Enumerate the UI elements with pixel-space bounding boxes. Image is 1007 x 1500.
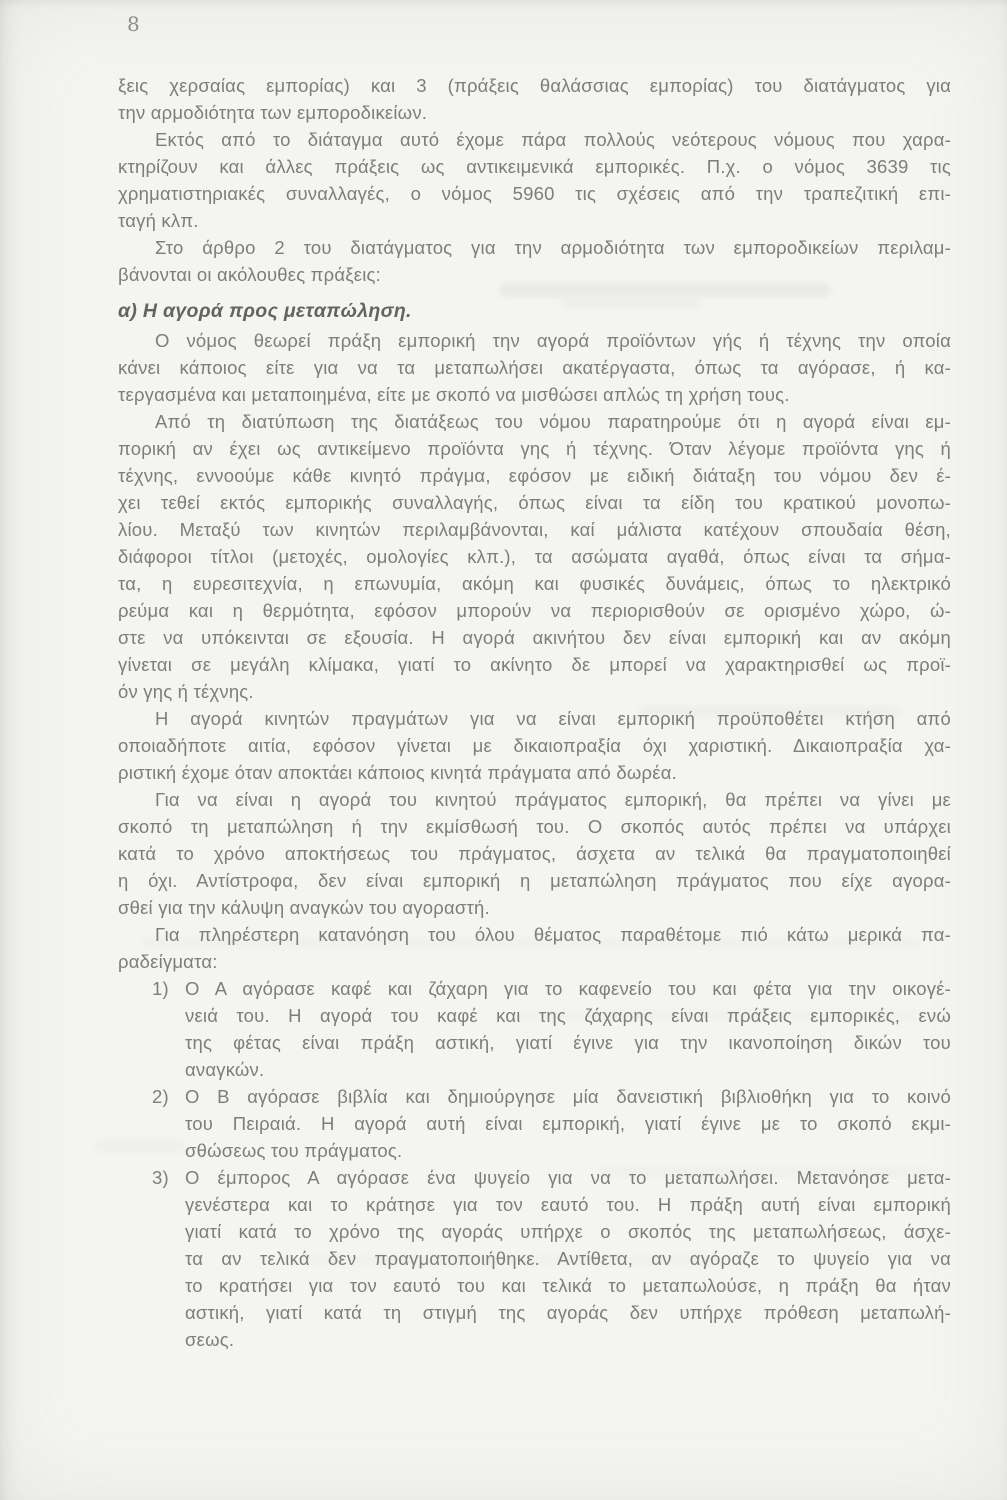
section-heading: α) Η αγορά προς μεταπώληση. [118, 298, 951, 325]
text-line: Στο άρθρο 2 του διατάγματος για την αρμο… [118, 234, 951, 261]
text-line: τα αν τελικά δεν πραγματοποιήθηκε. Αντίθ… [185, 1245, 951, 1272]
text-line: ριστική έχομε όταν αποκτάει κάποιος κινη… [118, 759, 951, 786]
text-line: κάνει κάποιος είτε για να τα μεταπωλήσει… [118, 354, 951, 381]
text-line: την αρμοδιότητα των εμποροδικείων. [118, 99, 951, 126]
text-line: τα, η ευρεσιτεχνία, η επωνυμία, ακόμη κα… [118, 570, 951, 597]
text-line: Για πληρέστερη κατανόηση του όλου θέματο… [118, 921, 951, 948]
text-line: οποιαδήποτε αιτία, εφόσον γίνεται με δικ… [118, 732, 951, 759]
list-item: 3)Ο έμπορος Α αγόρασε ένα ψυγείο για να … [118, 1164, 951, 1353]
text-line: ξεις χερσαίας εμπορίας) και 3 (πράξεις θ… [118, 72, 951, 99]
list-item-text: Ο Α αγόρασε καφέ και ζάχαρη για το καφεν… [185, 975, 951, 1083]
list-item-marker: 3) [152, 1164, 185, 1191]
paragraph: Για να είναι η αγορά του κινητού πράγματ… [118, 786, 951, 921]
text-line: γενέστερα και το κράτησε για τον εαυτό τ… [185, 1191, 951, 1218]
text-line: αναγκών. [185, 1056, 951, 1083]
text-line: Ο έμπορος Α αγόρασε ένα ψυγείο για να το… [185, 1164, 951, 1191]
text-line: στε να υπόκεινται σε εξουσία. Η αγορά ακ… [118, 624, 951, 651]
scanned-document-page: 8 ξεις χερσαίας εμπορίας) και 3 (πράξεις… [0, 0, 1007, 1500]
text-line: ρεύμα και η θερμότητα, εφόσον μπορούν να… [118, 597, 951, 624]
paragraph: ξεις χερσαίας εμπορίας) και 3 (πράξεις θ… [118, 72, 951, 126]
text-line: σεως. [185, 1326, 951, 1353]
text-line: σκοπό τη μεταπώληση ή την εκμίσθωσή του.… [118, 813, 951, 840]
text-line: σθώσεως του πράγματος. [185, 1137, 951, 1164]
text-line: Εκτός από το διάταγμα αυτό έχομε πάρα πο… [118, 126, 951, 153]
text-line: Ο νόμος θεωρεί πράξη εμπορική την αγορά … [118, 327, 951, 354]
text-line: τέχνης, εννοούμε κάθε κινητό πράγμα, εφό… [118, 462, 951, 489]
text-line: λίου. Μεταξύ των κινητών περιλαμβάνονται… [118, 516, 951, 543]
page-number: 8 [127, 12, 140, 36]
text-line: βάνονται οι ακόλουθες πράξεις: [118, 261, 951, 288]
text-line: ταγή κλπ. [118, 207, 951, 234]
text-line: η όχι. Αντίστροφα, δεν είναι εμπορική η … [118, 867, 951, 894]
text-line: κτηρίζουν και άλλες πράξεις ως αντικειμε… [118, 153, 951, 180]
text-line: τεργασμένα και μεταποιημένα, είτε με σκο… [118, 381, 951, 408]
text-line: χει τεθεί εκτός εμπορικής συναλλαγής, όπ… [118, 489, 951, 516]
text-line: διάφοροι τίτλοι (μετοχές, ομολογίες κλπ.… [118, 543, 951, 570]
text-line: Ο Β αγόρασε βιβλία και δημιούργησε μία δ… [185, 1083, 951, 1110]
text-line: ραδείγματα: [118, 948, 951, 975]
text-column: ξεις χερσαίας εμπορίας) και 3 (πράξεις θ… [118, 72, 951, 1353]
text-line: κατά το χρόνο αποκτήσεως του πράγματος, … [118, 840, 951, 867]
paragraph: Η αγορά κινητών πραγμάτων για να είναι ε… [118, 705, 951, 786]
list-item-text: Ο έμπορος Α αγόρασε ένα ψυγείο για να το… [185, 1164, 951, 1353]
list-item-marker: 2) [152, 1083, 185, 1110]
text-line: πορική αν έχει ως αντικείμενο προϊόντα γ… [118, 435, 951, 462]
paragraph: Ο νόμος θεωρεί πράξη εμπορική την αγορά … [118, 327, 951, 408]
text-line: Ο Α αγόρασε καφέ και ζάχαρη για το καφεν… [185, 975, 951, 1002]
text-line: Για να είναι η αγορά του κινητού πράγματ… [118, 786, 951, 813]
text-line: το κρατήσει για τον εαυτό του και τελικά… [185, 1272, 951, 1299]
text-line: αστική, γιατί κατά τη στιγμή της αγοράς … [185, 1299, 951, 1326]
text-line: Η αγορά κινητών πραγμάτων για να είναι ε… [118, 705, 951, 732]
text-line: σθεί για την κάλυψη αναγκών του αγοραστή… [118, 894, 951, 921]
list-item-marker: 1) [152, 975, 185, 1002]
paragraph: Από τη διατύπωση της διατάξεως του νόμου… [118, 408, 951, 705]
text-line: γίνεται σε μεγάλη κλίμακα, γιατί το ακίν… [118, 651, 951, 678]
list-item: 1)Ο Α αγόρασε καφέ και ζάχαρη για το καφ… [118, 975, 951, 1083]
text-line: Από τη διατύπωση της διατάξεως του νόμου… [118, 408, 951, 435]
list-item: 2)Ο Β αγόρασε βιβλία και δημιούργησε μία… [118, 1083, 951, 1164]
text-line: νειά του. Η αγορά του καφέ και της ζάχαρ… [185, 1002, 951, 1029]
text-line: του Πειραιά. Η αγορά αυτή είναι εμπορική… [185, 1110, 951, 1137]
text-line: χρηματιστηριακές συναλλαγές, ο νόμος 596… [118, 180, 951, 207]
text-line: όν γης ή τέχνης. [118, 678, 951, 705]
text-line: της φέτας είναι πράξη αστική, γιατί έγιν… [185, 1029, 951, 1056]
list-item-text: Ο Β αγόρασε βιβλία και δημιούργησε μία δ… [185, 1083, 951, 1164]
paragraph: Για πληρέστερη κατανόηση του όλου θέματο… [118, 921, 951, 975]
paragraph: Στο άρθρο 2 του διατάγματος για την αρμο… [118, 234, 951, 288]
text-line: γιατί κατά το χρόνο της αγοράς υπήρχε ο … [185, 1218, 951, 1245]
paragraph: Εκτός από το διάταγμα αυτό έχομε πάρα πο… [118, 126, 951, 234]
